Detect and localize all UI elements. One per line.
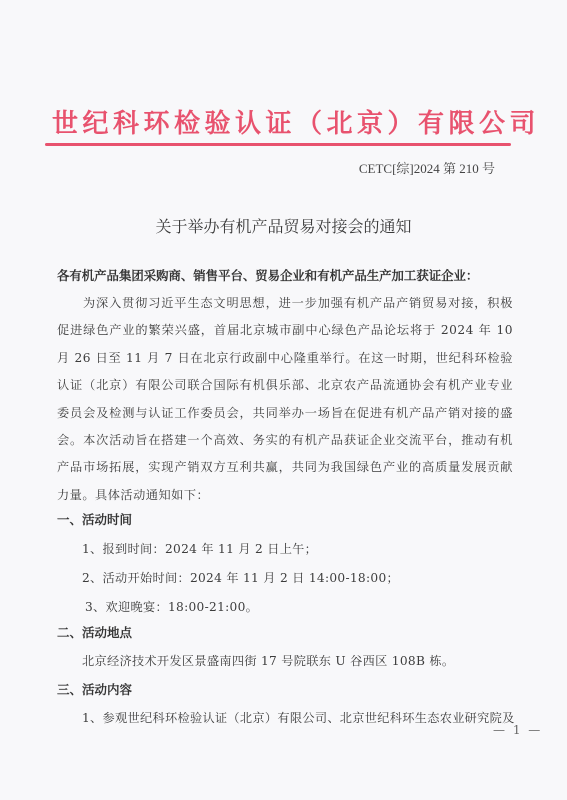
notice-title: 关于举办有机产品贸易对接会的通知 (0, 214, 567, 237)
section-heading-content: 三、活动内容 (57, 680, 132, 698)
section-heading-location: 二、活动地点 (57, 623, 132, 641)
content-item-1: 1、参观世纪科环检验认证（北京）有限公司、北京世纪科环生态农业研究院及 (82, 709, 515, 726)
time-item-dinner: 3、欢迎晚宴：18:00-21:00。 (85, 598, 258, 615)
section-heading-time: 一、活动时间 (57, 510, 132, 528)
letterhead-red-rule (45, 143, 511, 146)
addressee-line: 各有机产品集团采购商、销售平台、贸易企业和有机产品生产加工获证企业： (57, 266, 478, 284)
time-item-registration: 1、报到时间：2024 年 11 月 2 日上午； (82, 540, 317, 557)
location-address: 北京经济技术开发区景盛南四街 17 号院联东 U 谷西区 108B 栋。 (82, 652, 454, 669)
time-item-start: 2、活动开始时间：2024 年 11 月 2 日 14:00-18:00； (82, 569, 399, 586)
page-number: — 1 — (493, 723, 542, 737)
company-name: 世纪科环检验认证（北京）有限公司 (52, 103, 527, 140)
document-number: CETC[综]2024 第 210 号 (359, 158, 495, 177)
intro-paragraph: 为深入贯彻习近平生态文明思想，进一步加强有机产品产销贸易对接，积极促进绿色产业的… (57, 290, 513, 509)
